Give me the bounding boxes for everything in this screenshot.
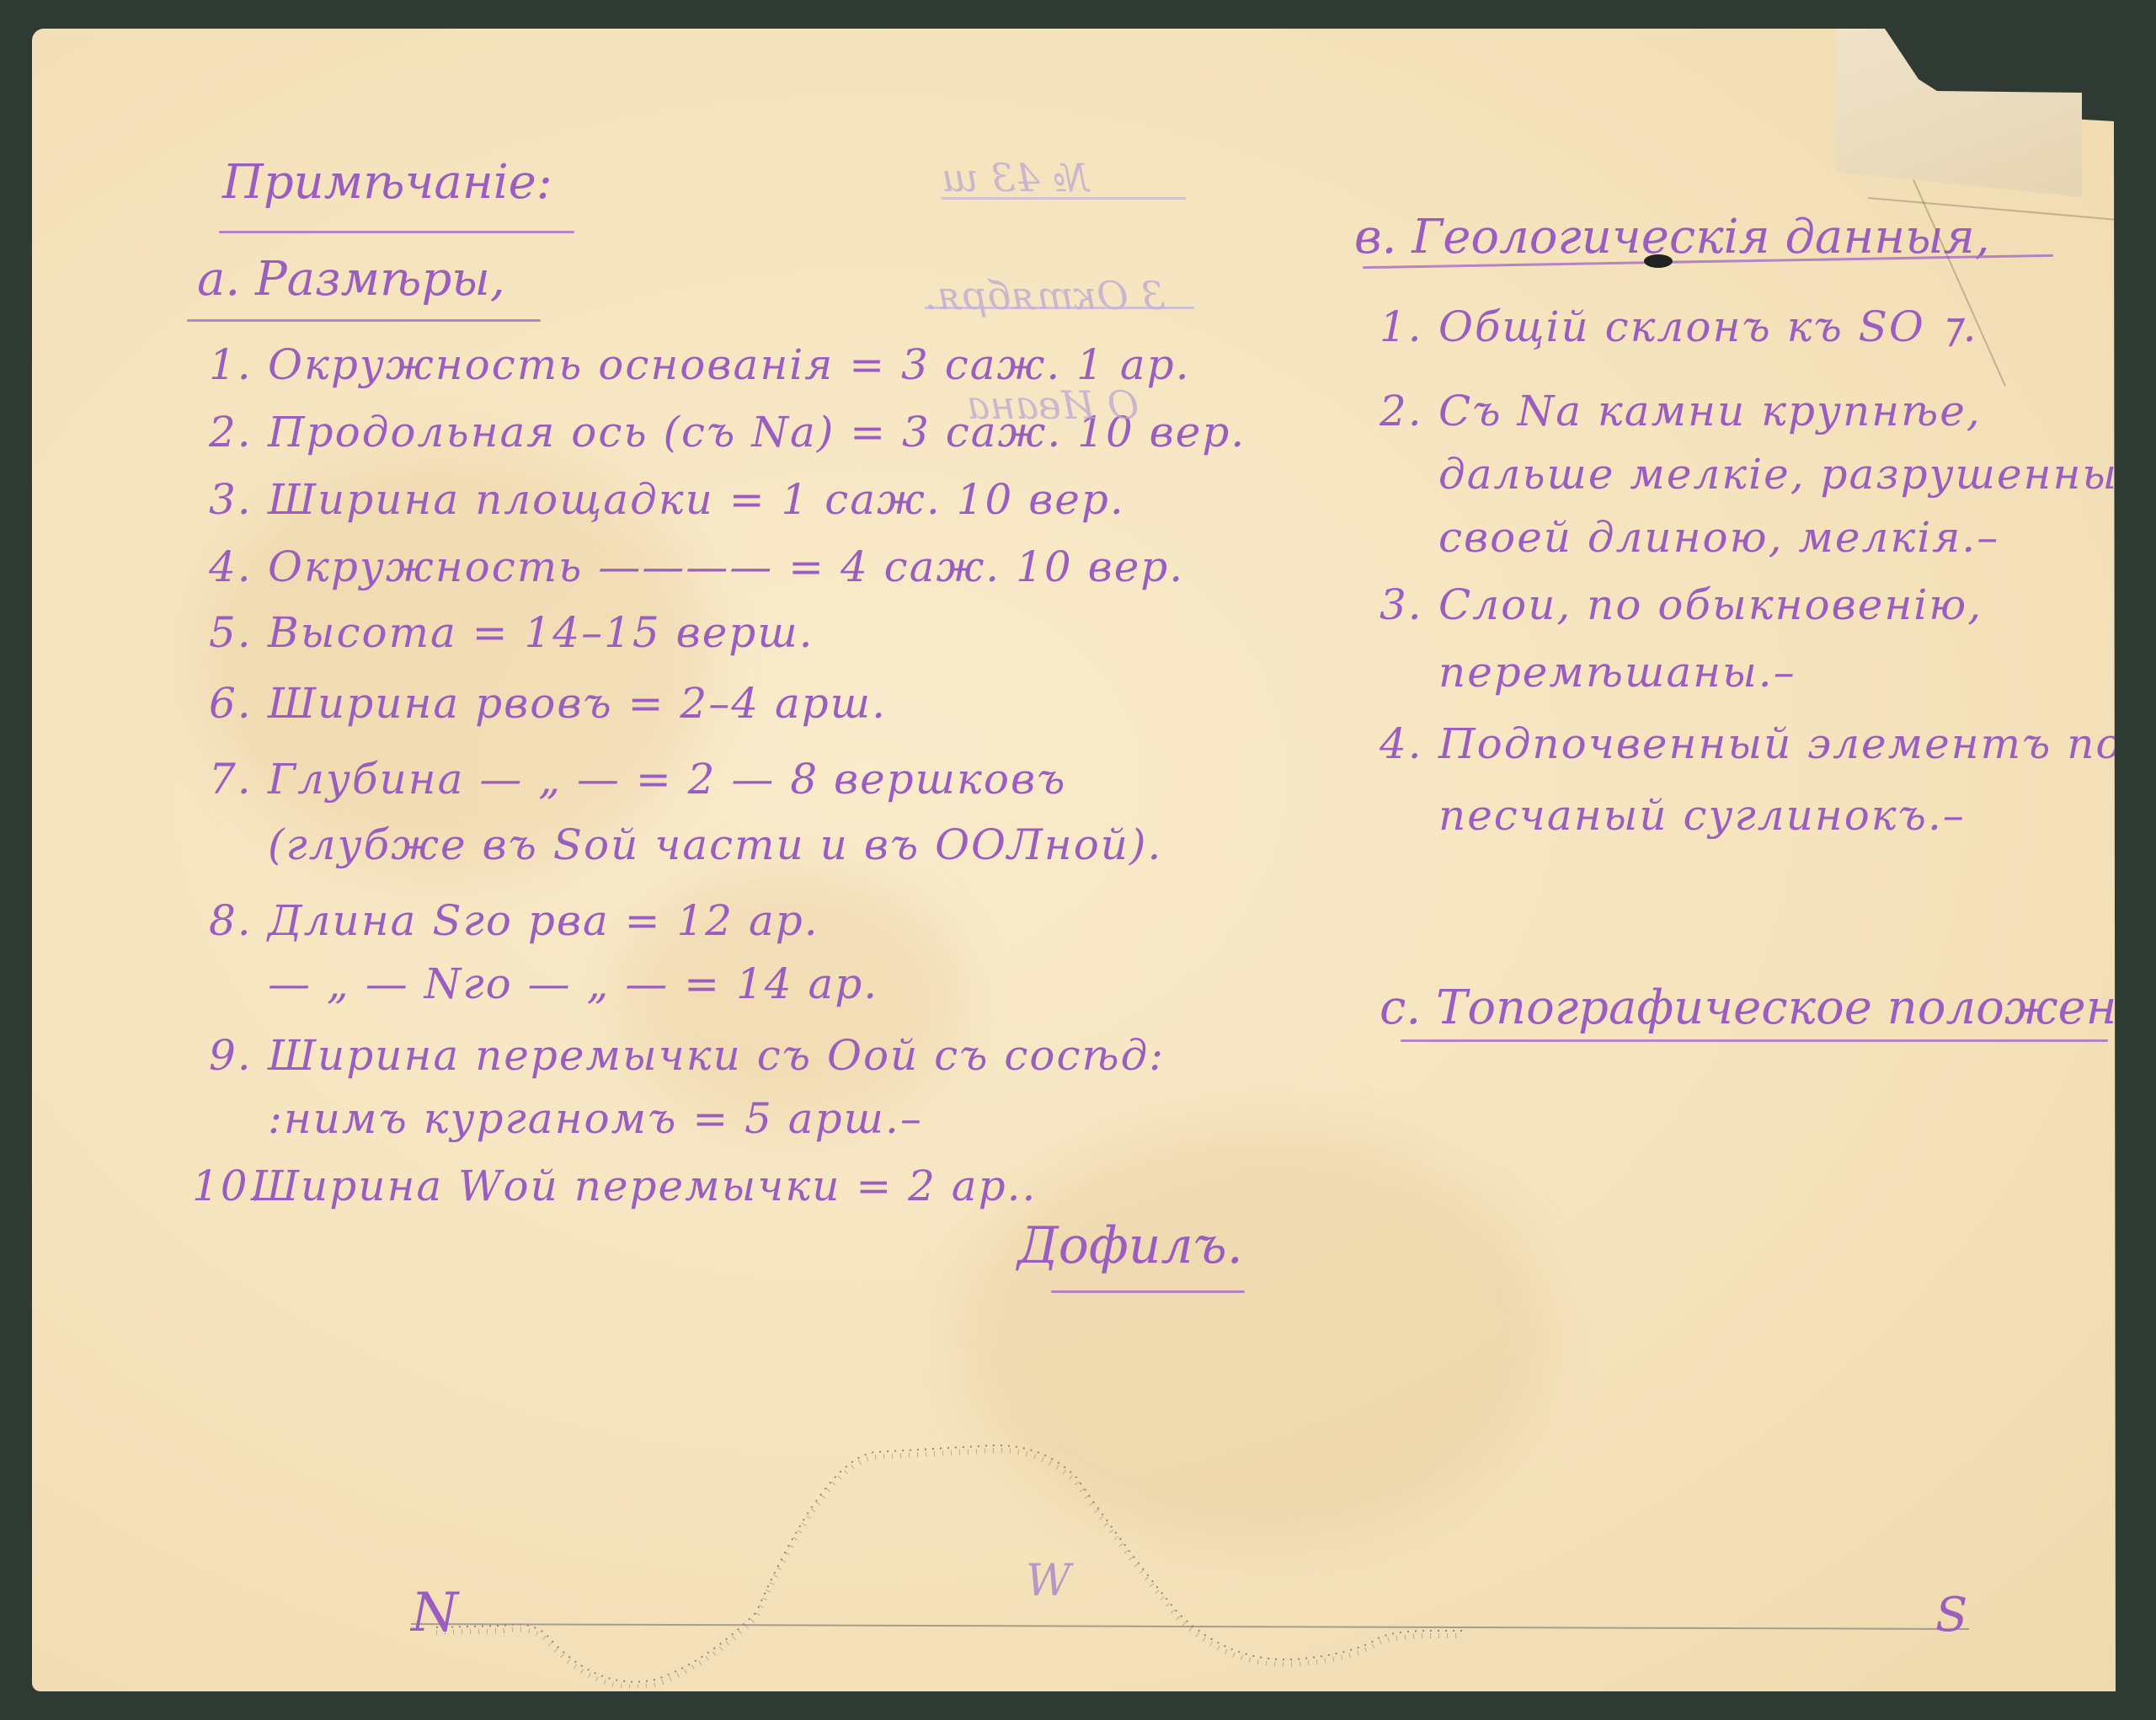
list-item: 10.Ширина Wой перемычки = 2 ар..: [192, 1162, 1037, 1210]
list-item: перемѣшаны.–: [1380, 648, 1796, 697]
list-item: 5.Высота = 14–15 верш.: [209, 608, 814, 657]
list-item: дальше мелкіе, разрушенные: [1380, 450, 2145, 499]
list-item: (глубже въ Sой части и въ ООЛной).: [209, 820, 1162, 869]
list-item: 9.Ширина перемычки съ Оой съ сосѣд:: [209, 1031, 1165, 1080]
list-item: 7.Глубина — „ — = 2 — 8 вершковъ: [209, 755, 1066, 804]
list-item: :нимъ курганомъ = 5 арш.–: [209, 1094, 923, 1143]
list-item: 4.Окружность ———— = 4 саж. 10 вер.: [209, 542, 1184, 591]
section-c-label: с. Топографическое положеніе.: [1380, 980, 2156, 1035]
offset-mark: 3 Октября.: [925, 273, 1166, 318]
offset-underline: [942, 197, 1186, 200]
list-item: — „ — Nго — „ — = 14 ар.: [209, 959, 878, 1008]
list-item: своей длиною, мелкія.–: [1380, 513, 1999, 562]
section-c-underline: [1401, 1039, 2108, 1042]
list-item: 3.Слои, по обыкновенію,: [1380, 580, 1983, 629]
paper-crease: [1902, 155, 2006, 387]
offset-mark: О Ивана: [967, 382, 1139, 428]
center-mark: W: [1026, 1556, 1074, 1606]
list-item: 4.Подпочвенный элементъ почвы: [1380, 719, 2156, 768]
signature-underline: [1051, 1290, 1245, 1293]
section-a-label: а. Размѣры,: [197, 252, 505, 307]
profile-diagram: N S W: [403, 1410, 2003, 1688]
offset-mark: № 43 ш: [942, 155, 1089, 200]
profile-curve: [436, 1445, 1464, 1682]
baseline: [411, 1624, 1969, 1629]
paper-sheet: Примѣчаніе: а. Размѣры, 1.Окружность осн…: [32, 29, 2116, 1691]
list-item: 2.Съ Nа камни крупнѣе,: [1380, 387, 1982, 435]
south-label: S: [1935, 1588, 1967, 1643]
section-a-underline: [187, 319, 541, 322]
list-item: 8.Длина Sго рва = 12 ар.: [209, 896, 819, 945]
note-title: Примѣчаніе:: [222, 155, 552, 210]
list-item: песчаный суглинокъ.–: [1380, 791, 1966, 840]
list-item: 6.Ширина рвовъ = 2–4 арш.: [209, 679, 887, 728]
ink-blot: [1644, 254, 1673, 268]
list-item: 1.Общій склонъ къ SO ⁊.: [1380, 302, 1978, 351]
offset-underline: [925, 307, 1194, 309]
signature: Дофилъ.: [1017, 1216, 1243, 1275]
profile-hachures: [436, 1450, 1464, 1687]
north-label: N: [409, 1582, 460, 1644]
title-underline: [219, 231, 574, 233]
list-item: 3.Ширина площадки = 1 саж. 10 вер.: [209, 475, 1125, 524]
